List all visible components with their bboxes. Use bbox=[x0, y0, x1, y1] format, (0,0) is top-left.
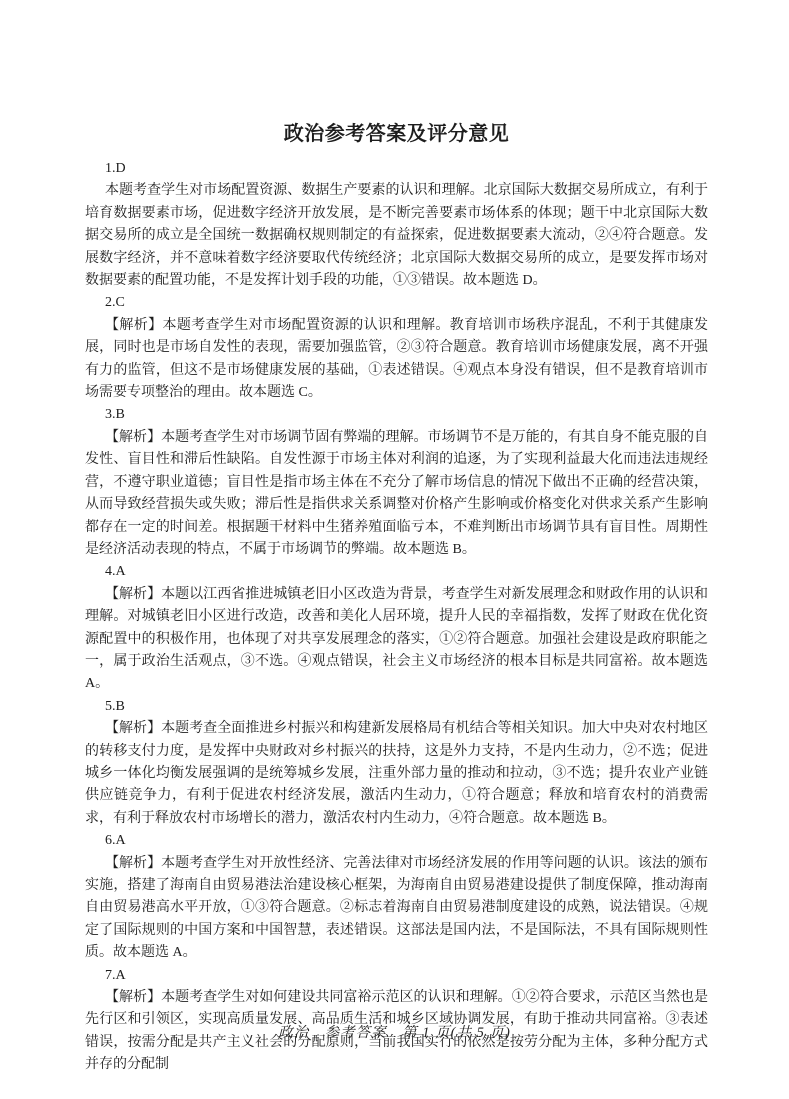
answer-item: 5.B 【解析】本题考查全面推进乡村振兴和构建新发展格局有机结合等相关知识。加大… bbox=[85, 696, 708, 830]
answer-number: 5.B bbox=[85, 696, 708, 718]
answer-item: 3.B 【解析】本题考查学生对市场调节固有弊端的理解。市场调节不是万能的，有其自… bbox=[85, 404, 708, 561]
answers-list: 1.D 本题考查学生对市场配置资源、数据生产要素的认识和理解。北京国际大数据交易… bbox=[85, 158, 708, 1077]
answer-number: 7.A bbox=[85, 965, 708, 987]
page-footer: 政治 参考答案 第 1 页(共 5 页) bbox=[0, 1024, 789, 1042]
page-title: 政治参考答案及评分意见 bbox=[85, 120, 708, 148]
answer-analysis: 【解析】本题考查学生对市场调节固有弊端的理解。市场调节不是万能的，有其自身不能克… bbox=[85, 427, 708, 561]
answer-item: 6.A 【解析】本题考查学生对开放性经济、完善法律对市场经济发展的作用等问题的认… bbox=[85, 830, 708, 964]
answer-item: 1.D 本题考查学生对市场配置资源、数据生产要素的认识和理解。北京国际大数据交易… bbox=[85, 158, 708, 292]
answer-number: 1.D bbox=[85, 158, 708, 180]
answer-item: 2.C 【解析】本题考查学生对市场配置资源的认识和理解。教育培训市场秩序混乱，不… bbox=[85, 292, 708, 404]
scanned-answer-page: 政治参考答案及评分意见 1.D 本题考查学生对市场配置资源、数据生产要素的认识和… bbox=[0, 0, 789, 1099]
answer-item: 4.A 【解析】本题以江西省推进城镇老旧小区改造为背景，考查学生对新发展理念和财… bbox=[85, 561, 708, 695]
answer-number: 2.C bbox=[85, 292, 708, 314]
answer-analysis: 【解析】本题考查学生对开放性经济、完善法律对市场经济发展的作用等问题的认识。该法… bbox=[85, 853, 708, 965]
page-content: 政治参考答案及评分意见 1.D 本题考查学生对市场配置资源、数据生产要素的认识和… bbox=[85, 120, 708, 1077]
answer-analysis: 本题考查学生对市场配置资源、数据生产要素的认识和理解。北京国际大数据交易所成立，… bbox=[85, 180, 708, 292]
answer-analysis: 【解析】本题考查学生对市场配置资源的认识和理解。教育培训市场秩序混乱，不利于其健… bbox=[85, 315, 708, 405]
answer-analysis: 【解析】本题考查全面推进乡村振兴和构建新发展格局有机结合等相关知识。加大中央对农… bbox=[85, 718, 708, 830]
answer-analysis: 【解析】本题以江西省推进城镇老旧小区改造为背景，考查学生对新发展理念和财政作用的… bbox=[85, 584, 708, 696]
answer-number: 6.A bbox=[85, 830, 708, 852]
answer-number: 4.A bbox=[85, 561, 708, 583]
answer-number: 3.B bbox=[85, 404, 708, 426]
answer-item: 7.A 【解析】本题考查学生对如何建设共同富裕示范区的认识和理解。①②符合要求，… bbox=[85, 965, 708, 1077]
